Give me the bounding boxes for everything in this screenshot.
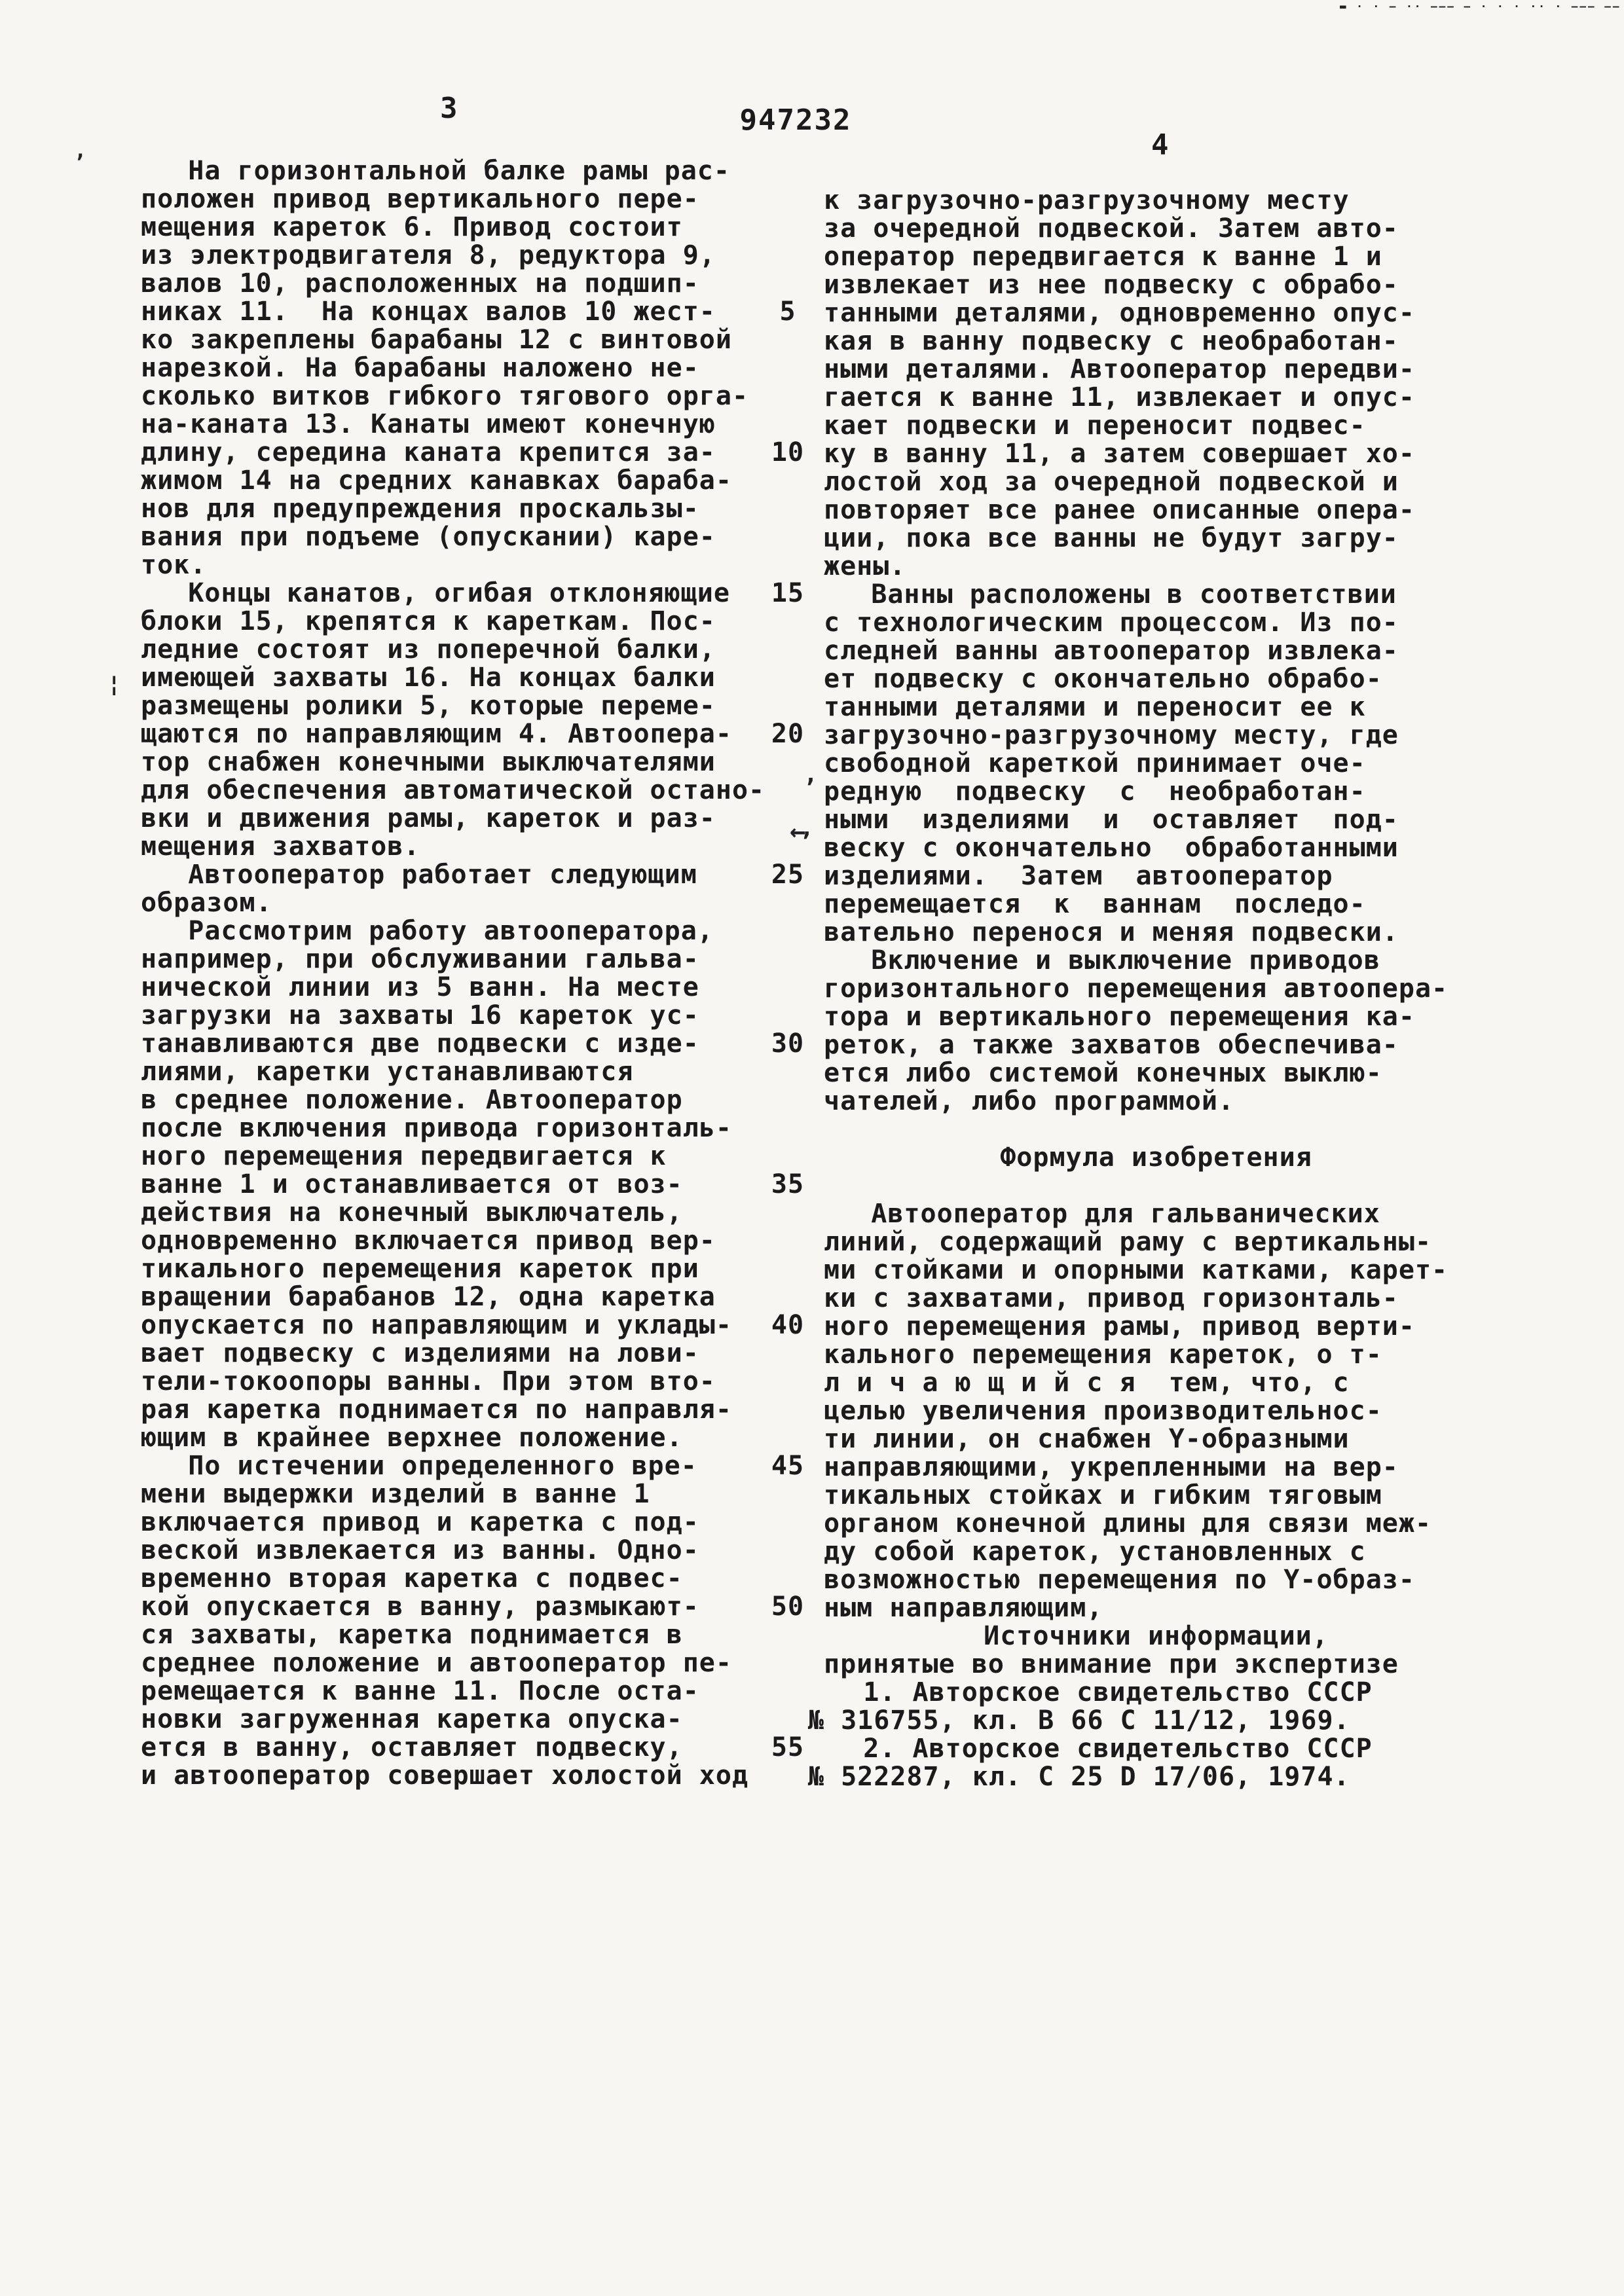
scan-mark-apostrophe: ’ <box>803 776 817 800</box>
scan-mark-dash-line: ▬ · · — ·· ——— — · · · ·· · ——— —— · · <box>1340 1 1624 12</box>
text-line: лиями, каретки устанавливаются <box>141 1058 799 1086</box>
text-line: тор снабжен конечными выключателями <box>141 748 799 776</box>
text-line: ными изделиями и оставляет под- <box>824 806 1488 834</box>
page: 3 947232 4 На горизонтальной балке рамы … <box>0 0 1624 2296</box>
text-line <box>824 1172 1488 1200</box>
text-line: нарезкой. На барабаны наложено не- <box>141 354 799 382</box>
text-line: По истечении определенного вре- <box>141 1452 799 1480</box>
text-line: временно вторая каретка с подвес- <box>141 1565 799 1593</box>
scan-mark-grave: ’ <box>73 152 86 173</box>
text-line: кального перемещения кареток, о т- <box>824 1341 1488 1369</box>
text-line: линий, содержащий раму с вертикальны- <box>824 1228 1488 1256</box>
text-line: кой опускается в ванну, размыкают- <box>141 1593 799 1621</box>
text-line: ми стойками и опорными катками, карет- <box>824 1256 1488 1285</box>
line-number: 35 <box>758 1169 817 1199</box>
text-line: валов 10, расположенных на подшип- <box>141 270 799 298</box>
text-line: ремещается к ванне 11. После оста- <box>141 1677 799 1705</box>
text-line: жимом 14 на средних канавках бараба- <box>141 467 799 495</box>
text-line: никах 11. На концах валов 10 жест- <box>141 298 799 326</box>
text-line: ледние состоят из поперечной балки, <box>141 636 799 664</box>
text-line: веску с окончательно обработанными <box>824 834 1488 862</box>
text-line: загрузочно-разгрузочному месту, где <box>824 721 1488 750</box>
line-number: 50 <box>758 1592 817 1622</box>
text-line: мещения кареток 6. Привод состоит <box>141 213 799 242</box>
text-line: ет подвеску с окончательно обрабо- <box>824 665 1488 693</box>
line-number: 45 <box>758 1451 817 1481</box>
line-number: 30 <box>758 1029 817 1059</box>
text-line: сколько витков гибкого тягового орга- <box>141 382 799 410</box>
text-line: ными деталями. Автооператор передви- <box>824 355 1488 384</box>
text-line: тикального перемещения кареток при <box>141 1255 799 1283</box>
text-line: танными деталями, одновременно опус- <box>824 299 1488 327</box>
text-line: тикальных стойках и гибким тяговым <box>824 1482 1488 1510</box>
text-line: органом конечной длины для связи меж- <box>824 1510 1488 1538</box>
page-number-left: 3 <box>440 92 459 125</box>
text-line: Включение и выключение приводов <box>824 947 1488 975</box>
text-line: Концы канатов, огибая отклоняющие <box>141 579 799 608</box>
text-line: ся захваты, каретка поднимается в <box>141 1621 799 1649</box>
text-line: 2. Авторское свидетельство СССР <box>824 1735 1488 1763</box>
text-line: извлекает из нее подвеску с обрабо- <box>824 271 1488 299</box>
line-number: 25 <box>758 860 817 890</box>
text-line: и автооператор совершает холостой ход <box>141 1762 799 1790</box>
text-line: № 316755, кл. B 66 C 11/12, 1969. <box>808 1707 1488 1735</box>
text-line: На горизонтальной балке рамы рас- <box>141 157 799 185</box>
text-line: редную подвеску с необработан- <box>824 778 1488 806</box>
text-line: изделиями. Затем автооператор <box>824 862 1488 890</box>
text-line: вания при подъеме (опускании) каре- <box>141 523 799 551</box>
text-line: новки загруженная каретка опуска- <box>141 1705 799 1734</box>
text-line: кая в ванну подвеску с необработан- <box>824 327 1488 355</box>
text-line: ного перемещения передвигается к <box>141 1142 799 1171</box>
text-line: танными деталями и переносит ее к <box>824 693 1488 721</box>
text-line: лостой ход за очередной подвеской и <box>824 468 1488 496</box>
text-line: жены. <box>824 553 1488 581</box>
text-line: 1. Авторское свидетельство СССР <box>824 1679 1488 1707</box>
text-line: вает подвеску с изделиями на лови- <box>141 1339 799 1368</box>
text-line: одновременно включается привод вер- <box>141 1227 799 1255</box>
text-line: на-каната 13. Канаты имеют конечную <box>141 410 799 439</box>
text-line: веской извлекается из ванны. Одно- <box>141 1537 799 1565</box>
text-line: щаются по направляющим 4. Автоопера- <box>141 720 799 748</box>
text-line: тора и вертикального перемещения ка- <box>824 1003 1488 1031</box>
text-line: перемещается к ваннам последо- <box>824 890 1488 919</box>
text-line: л и ч а ю щ и й с я тем, что, с <box>824 1369 1488 1397</box>
text-line: чателей, либо программой. <box>824 1087 1488 1116</box>
text-line: вательно перенося и меняя подвески. <box>824 919 1488 947</box>
text-line: ного перемещения рамы, привод верти- <box>824 1313 1488 1341</box>
text-line: кает подвески и переносит подвес- <box>824 412 1488 440</box>
text-line: Автооператор для гальванических <box>824 1200 1488 1228</box>
text-line: повторяет все ранее описанные опера- <box>824 496 1488 524</box>
text-line: из электродвигателя 8, редуктора 9, <box>141 242 799 270</box>
text-line: Рассмотрим работу автооператора, <box>141 917 799 945</box>
text-line: ции, пока все ванны не будут загру- <box>824 524 1488 553</box>
text-line: возможностью перемещения по Y-образ- <box>824 1566 1488 1594</box>
text-line: свободной кареткой принимает оче- <box>824 750 1488 778</box>
text-line: опускается по направляющим и уклады- <box>141 1311 799 1339</box>
text-line: ющим в крайнее верхнее положение. <box>141 1424 799 1452</box>
text-line: реток, а также захватов обеспечива- <box>824 1031 1488 1059</box>
text-line: ду собой кареток, установленных с <box>824 1538 1488 1566</box>
text-line: принятые во внимание при экспертизе <box>824 1650 1488 1679</box>
text-line: имеющей захваты 16. На концах балки <box>141 664 799 692</box>
right-column: к загрузочно-разгрузочному местуза очере… <box>824 187 1488 1791</box>
text-line: следней ванны автооператор извлека- <box>824 637 1488 665</box>
left-column: На горизонтальной балке рамы рас-положен… <box>141 157 799 1790</box>
scan-mark-tick: ¦ <box>107 673 120 695</box>
text-line: горизонтального перемещения автоопера- <box>824 975 1488 1003</box>
text-line: № 522287, кл. C 25 D 17/06, 1974. <box>808 1763 1488 1791</box>
text-line: образом. <box>141 889 799 917</box>
text-line: рая каретка поднимается по направля- <box>141 1396 799 1424</box>
text-line: ти линии, он снабжен Y-образными <box>824 1425 1488 1453</box>
text-line: ется в ванну, оставляет подвеску, <box>141 1734 799 1762</box>
text-line: размещены ролики 5, которые переме- <box>141 692 799 720</box>
text-line: например, при обслуживании гальва- <box>141 945 799 974</box>
line-number: 40 <box>758 1310 817 1340</box>
text-line: ки с захватами, привод горизонталь- <box>824 1285 1488 1313</box>
text-line: Ванны расположены в соответствии <box>824 581 1488 609</box>
text-line: после включения привода горизонталь- <box>141 1114 799 1142</box>
text-line: вращении барабанов 12, одна каретка <box>141 1283 799 1311</box>
text-line: ванне 1 и останавливается от воз- <box>141 1171 799 1199</box>
line-number: 5 <box>758 297 817 327</box>
text-line: блоки 15, крепятся к кареткам. Пос- <box>141 608 799 636</box>
text-line <box>824 1116 1488 1144</box>
text-line: мени выдержки изделий в ванне 1 <box>141 1480 799 1508</box>
text-line: вки и движения рамы, кареток и раз- <box>141 805 799 833</box>
text-line: ток. <box>141 551 799 579</box>
text-line: танавливаются две подвески с изде- <box>141 1030 799 1058</box>
text-line: действия на конечный выключатель, <box>141 1199 799 1227</box>
line-number: 55 <box>758 1732 817 1762</box>
text-line: Автооператор работает следующим <box>141 861 799 889</box>
line-number: 15 <box>758 578 817 608</box>
text-line: с технологическим процессом. Из по- <box>824 609 1488 637</box>
text-line: целью увеличения производительнос- <box>824 1397 1488 1425</box>
text-line: нической линии из 5 ванн. На месте <box>141 974 799 1002</box>
text-line: нов для предупреждения проскальзы- <box>141 495 799 523</box>
text-line: включается привод и каретка с под- <box>141 1508 799 1537</box>
text-line: ку в ванну 11, а затем совершает хо- <box>824 440 1488 468</box>
text-line: к загрузочно-разгрузочному месту <box>824 187 1488 215</box>
scan-mark-apostrophe-2: ’ <box>799 830 813 854</box>
page-number-right: 4 <box>1151 128 1170 162</box>
text-line: загрузки на захваты 16 кареток ус- <box>141 1002 799 1030</box>
text-line: ным направляющим, <box>824 1594 1488 1622</box>
text-line: гается к ванне 11, извлекает и опус- <box>824 384 1488 412</box>
gutter-line-numbers: 510152025303540455055 <box>758 0 817 2296</box>
text-line: для обеспечения автоматической остано- <box>141 776 799 805</box>
section-heading: Формула изобретения <box>824 1144 1488 1172</box>
text-line: мещения захватов. <box>141 833 799 861</box>
text-line: за очередной подвеской. Затем авто- <box>824 215 1488 243</box>
text-line: среднее положение и автооператор пе- <box>141 1649 799 1677</box>
text-line: ется либо системой конечных выклю- <box>824 1059 1488 1087</box>
line-number: 20 <box>758 719 817 749</box>
text-line: положен привод вертикального пере- <box>141 185 799 213</box>
text-line: Источники информации, <box>824 1622 1488 1650</box>
text-line: ко закреплены барабаны 12 с винтовой <box>141 326 799 354</box>
line-number: 10 <box>758 437 817 467</box>
text-line: оператор передвигается к ванне 1 и <box>824 243 1488 271</box>
text-line: в среднее положение. Автооператор <box>141 1086 799 1114</box>
text-line: длину, середина каната крепится за- <box>141 439 799 467</box>
text-line: направляющими, укрепленными на вер- <box>824 1453 1488 1482</box>
text-line: тели-токоопоры ванны. При этом вто- <box>141 1368 799 1396</box>
